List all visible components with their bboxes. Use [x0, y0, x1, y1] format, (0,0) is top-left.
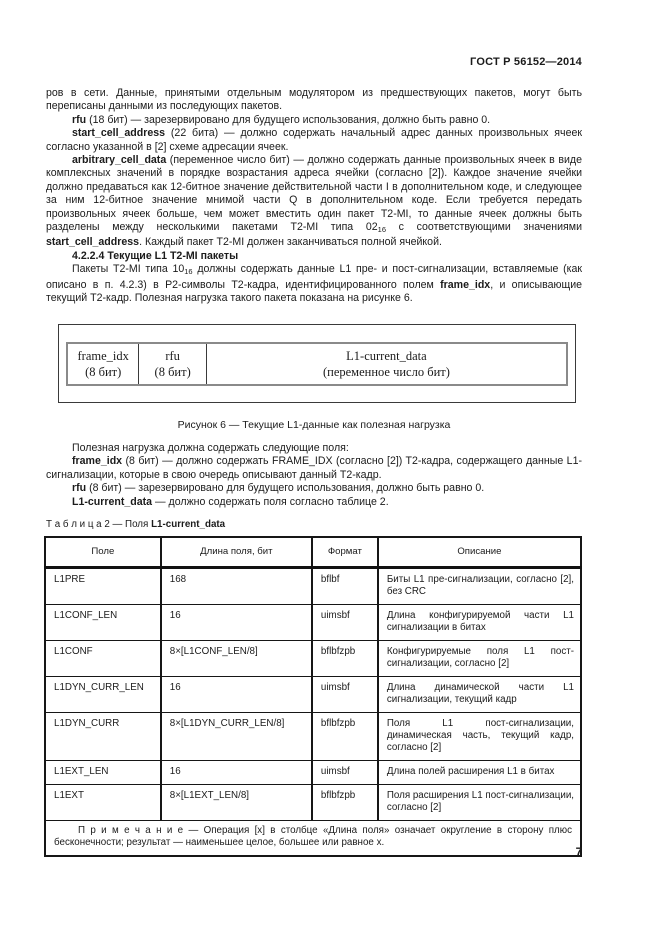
table-cell-format: bflbf — [312, 568, 378, 605]
bold-text: rfu — [72, 114, 86, 126]
table-cell-length: 16 — [161, 761, 312, 785]
figure-field-size: (8 бит) — [68, 364, 138, 380]
table-cell-desc: Поля расширения L1 пост-сигнализации, со… — [378, 785, 581, 821]
text-run: Полезная нагрузка должна содержать следу… — [72, 442, 349, 454]
text-run: П р и м е ч а н и е — Операция [x] в сто… — [54, 825, 572, 848]
figure-field-size: (переменное число бит) — [207, 364, 566, 380]
table-row: L1PRE168bflbfБиты L1 пре-сигнализации, с… — [45, 568, 581, 605]
table-row: L1EXT_LEN16uimsbfДлина полей расширения … — [45, 761, 581, 785]
page-number: 7 — [576, 847, 582, 859]
table-cell-field: L1EXT — [45, 785, 161, 821]
body-paragraph: frame_idx (8 бит) — должно содержать FRA… — [46, 455, 582, 482]
figure-box: frame_idx (8 бит) rfu (8 бит) L1-current… — [58, 324, 576, 403]
body-paragraph: Пакеты T2-MI типа 1016 должны содержать … — [46, 263, 582, 305]
table-row: L1CONF8×[L1CONF_LEN/8]bflbfzpbКонфигурир… — [45, 641, 581, 677]
table-cell-field: L1DYN_CURR — [45, 713, 161, 761]
table-cell-field: L1PRE — [45, 568, 161, 605]
text-run: — должно содержать поля согласно таблице… — [152, 496, 389, 508]
table-cell-format: bflbfzpb — [312, 713, 378, 761]
figure-field-size: (8 бит) — [139, 364, 205, 380]
table-cell-length: 8×[L1EXT_LEN/8] — [161, 785, 312, 821]
table-cell-length: 8×[L1DYN_CURR_LEN/8] — [161, 713, 312, 761]
figure-field-cell: rfu (8 бит) — [139, 344, 206, 384]
bold-text: frame_idx — [72, 455, 122, 467]
section-heading: 4.2.2.4 Текущие L1 T2-MI пакеты — [46, 250, 582, 263]
bold-text: frame_idx — [440, 279, 490, 291]
bold-text: L1-current_data — [72, 496, 152, 508]
table-cell-desc: Длина полей расширения L1 в битах — [378, 761, 581, 785]
table-cell-field: L1DYN_CURR_LEN — [45, 677, 161, 713]
bold-text: start_cell_address — [72, 127, 165, 139]
body-paragraph: ров в сети. Данные, принятыми отдельным … — [46, 87, 582, 114]
bold-text: arbitrary_cell_data — [72, 154, 166, 166]
table-cell-desc: Конфигурируемые поля L1 пост-сигнализаци… — [378, 641, 581, 677]
table-cell-length: 168 — [161, 568, 312, 605]
body-paragraph: Полезная нагрузка должна содержать следу… — [46, 442, 582, 455]
text-run: (8 бит) — должно содержать FRAME_IDX (со… — [46, 455, 582, 480]
table-cell-field: L1CONF_LEN — [45, 605, 161, 641]
text-run: Т а б л и ц а 2 — Поля — [46, 519, 151, 530]
table-cell-length: 8×[L1CONF_LEN/8] — [161, 641, 312, 677]
figure-field-name: frame_idx — [68, 348, 138, 364]
table-header-length: Длина поля, бит — [161, 537, 312, 568]
document-page: ГОСТ Р 56152—2014 ров в сети. Данные, пр… — [0, 0, 661, 935]
table-caption: Т а б л и ц а 2 — Поля L1-current_data — [46, 519, 582, 530]
table-cell-format: bflbfzpb — [312, 785, 378, 821]
table-note-row: П р и м е ч а н и е — Операция [x] в сто… — [45, 821, 581, 857]
table-header-description: Описание — [378, 537, 581, 568]
table-cell-field: L1CONF — [45, 641, 161, 677]
body-paragraph: rfu (8 бит) — зарезервировано для будуще… — [46, 482, 582, 495]
table-cell-length: 16 — [161, 605, 312, 641]
data-table: Поле Длина поля, бит Формат Описание L1P… — [44, 536, 582, 857]
table-cell-format: uimsbf — [312, 761, 378, 785]
table-cell-desc: Длина динамической части L1 сигнализации… — [378, 677, 581, 713]
text-run: Пакеты T2-MI типа 10 — [72, 263, 184, 275]
table-cell-desc: Биты L1 пре-сигнализации, согласно [2], … — [378, 568, 581, 605]
text-run: (18 бит) — зарезервировано для будущего … — [86, 114, 490, 126]
table-note-cell: П р и м е ч а н и е — Операция [x] в сто… — [45, 821, 581, 857]
table-cell-format: bflbfzpb — [312, 641, 378, 677]
table-header-format: Формат — [312, 537, 378, 568]
standard-code: ГОСТ Р 56152—2014 — [470, 56, 582, 68]
table-row: L1EXT8×[L1EXT_LEN/8]bflbfzpbПоля расшире… — [45, 785, 581, 821]
subscript-text: 16 — [378, 225, 386, 234]
text-run: (8 бит) — зарезервировано для будущего и… — [86, 482, 484, 494]
text-run: . Каждый пакет T2-MI должен заканчиватьс… — [139, 236, 442, 248]
bold-text: L1-current_data — [151, 519, 225, 530]
table-cell-format: uimsbf — [312, 677, 378, 713]
text-run: ров в сети. Данные, принятыми отдельным … — [46, 87, 582, 112]
table-header-row: Поле Длина поля, бит Формат Описание — [45, 537, 581, 568]
table-cell-field: L1EXT_LEN — [45, 761, 161, 785]
table-row: L1CONF_LEN16uimsbfДлина конфигурируемой … — [45, 605, 581, 641]
body-paragraph: start_cell_address (22 бита) — должно со… — [46, 127, 582, 154]
bold-text: start_cell_address — [46, 236, 139, 248]
figure-field-name: rfu — [139, 348, 205, 364]
table-row: L1DYN_CURR_LEN16uimsbfДлина динамической… — [45, 677, 581, 713]
body-paragraph: arbitrary_cell_data (переменное число би… — [46, 154, 582, 250]
bold-text: rfu — [72, 482, 86, 494]
body-paragraph: rfu (18 бит) — зарезервировано для будущ… — [46, 114, 582, 127]
bold-text: 4.2.2.4 Текущие L1 T2-MI пакеты — [72, 250, 238, 262]
body-paragraph: L1-current_data — должно содержать поля … — [46, 496, 582, 509]
subscript-text: 16 — [184, 267, 192, 276]
figure-field-cell: frame_idx (8 бит) — [68, 344, 139, 384]
table-cell-length: 16 — [161, 677, 312, 713]
figure-caption: Рисунок 6 — Текущие L1-данные как полезн… — [46, 419, 582, 431]
figure-field-name: L1-current_data — [207, 348, 566, 364]
body-text-bottom: Полезная нагрузка должна содержать следу… — [46, 442, 582, 509]
table-note-text: П р и м е ч а н и е — Операция [x] в сто… — [54, 825, 572, 849]
table-row: L1DYN_CURR8×[L1DYN_CURR_LEN/8]bflbfzpbПо… — [45, 713, 581, 761]
body-text-top: ров в сети. Данные, принятыми отдельным … — [46, 87, 582, 306]
table-cell-format: uimsbf — [312, 605, 378, 641]
figure-field-cell: L1-current_data (переменное число бит) — [207, 344, 566, 384]
table-cell-desc: Длина конфигурируемой части L1 сигнализа… — [378, 605, 581, 641]
text-run: с соответствующими значениями — [386, 221, 582, 233]
table-cell-desc: Поля L1 пост-сигнализации, динамическая … — [378, 713, 581, 761]
table-header-field: Поле — [45, 537, 161, 568]
figure-field-strip: frame_idx (8 бит) rfu (8 бит) L1-current… — [66, 342, 568, 386]
